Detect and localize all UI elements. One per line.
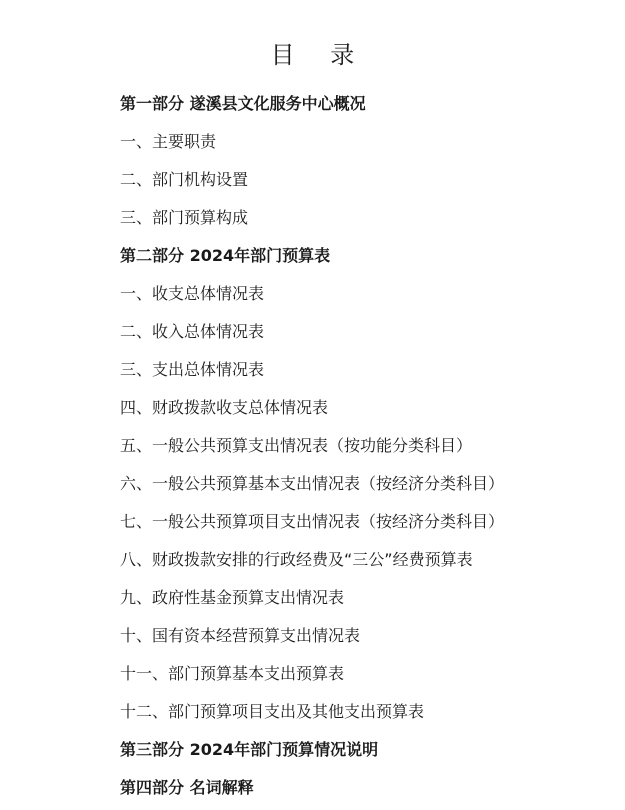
toc-item[interactable]: 二、收入总体情况表 — [120, 320, 504, 358]
toc-part-1[interactable]: 第一部分 遂溪县文化服务中心概况 — [120, 92, 504, 130]
toc-item[interactable]: 三、部门预算构成 — [120, 206, 504, 244]
toc-item[interactable]: 十、国有资本经营预算支出情况表 — [120, 624, 504, 662]
toc-item[interactable]: 二、部门机构设置 — [120, 168, 504, 206]
toc-part-3[interactable]: 第三部分 2024年部门预算情况说明 — [120, 738, 504, 776]
toc-item[interactable]: 六、一般公共预算基本支出情况表（按经济分类科目） — [120, 472, 504, 510]
toc-part-4[interactable]: 第四部分 名词解释 — [120, 776, 504, 810]
toc-item[interactable]: 八、财政拨款安排的行政经费及“三公”经费预算表 — [120, 548, 504, 586]
toc-item[interactable]: 九、政府性基金预算支出情况表 — [120, 586, 504, 624]
toc-part-2[interactable]: 第二部分 2024年部门预算表 — [120, 244, 504, 282]
toc-item[interactable]: 三、支出总体情况表 — [120, 358, 504, 396]
toc-item[interactable]: 一、收支总体情况表 — [120, 282, 504, 320]
toc-item[interactable]: 五、一般公共预算支出情况表（按功能分类科目） — [120, 434, 504, 472]
toc-item[interactable]: 四、财政拨款收支总体情况表 — [120, 396, 504, 434]
toc-item[interactable]: 十一、部门预算基本支出预算表 — [120, 662, 504, 700]
toc-item[interactable]: 十二、部门预算项目支出及其他支出预算表 — [120, 700, 504, 738]
toc-item[interactable]: 一、主要职责 — [120, 130, 504, 168]
table-of-contents: 第一部分 遂溪县文化服务中心概况 一、主要职责 二、部门机构设置 三、部门预算构… — [120, 92, 504, 810]
page-title: 目 录 — [0, 38, 625, 72]
toc-item[interactable]: 七、一般公共预算项目支出情况表（按经济分类科目） — [120, 510, 504, 548]
